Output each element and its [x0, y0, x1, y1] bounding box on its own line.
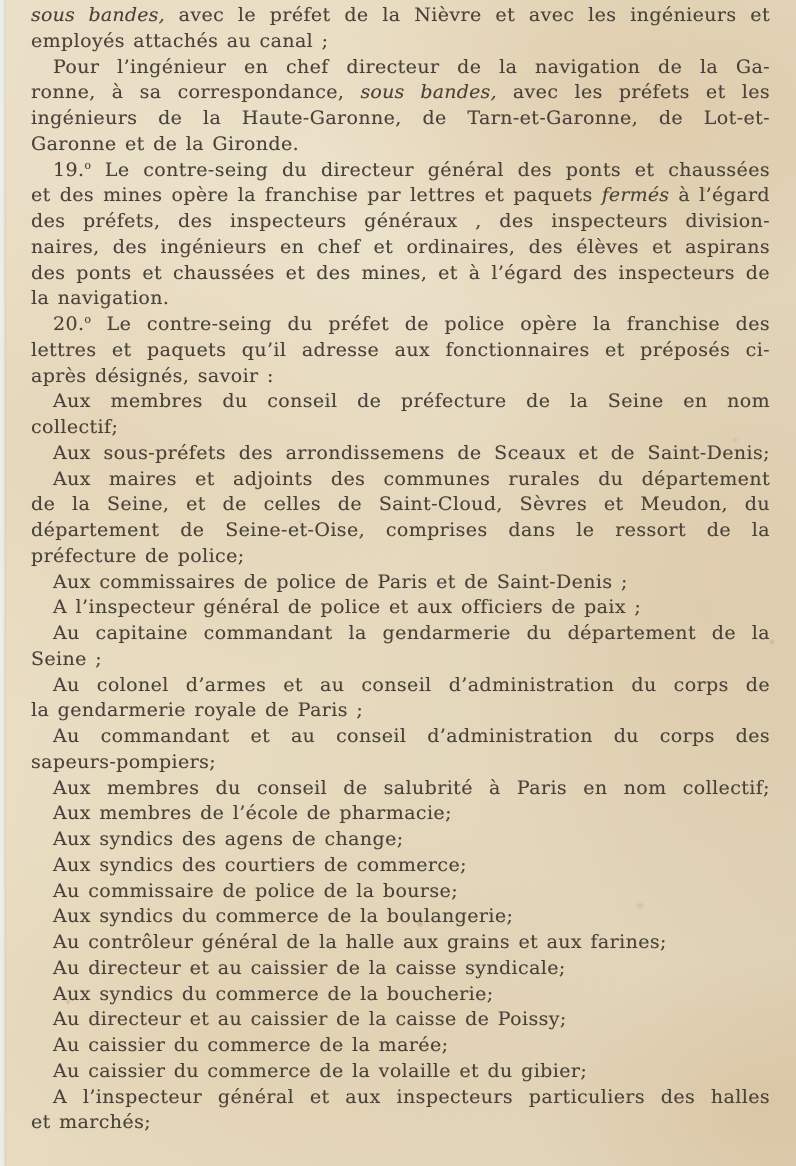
text-segment: la gendarmerie royale de Paris ;	[31, 699, 363, 721]
text-segment: Garonne et de la Gironde.	[31, 133, 299, 155]
text-line: Aux sous-préfets des arrondissemens de S…	[31, 441, 770, 467]
text-line: Seine ;	[31, 647, 770, 673]
text-segment: Aux membres du conseil de préfecture de …	[53, 390, 770, 412]
text-segment: à l’égard	[669, 184, 770, 206]
text-segment: et des mines opère la franchise par lett…	[31, 184, 602, 206]
text-line: naires, des ingénieurs en chef et ordina…	[31, 235, 770, 261]
text-segment: Au directeur et au caissier de la caisse…	[53, 1008, 567, 1030]
text-segment: Seine ;	[31, 648, 102, 670]
text-segment: ronne, à sa correspondance,	[31, 81, 360, 103]
text-segment: des préfets, des inspecteurs généraux , …	[31, 210, 770, 232]
text-segment: sapeurs-pompiers;	[31, 751, 216, 773]
text-line: employés attachés au canal ;	[31, 29, 770, 55]
text-line: préfecture de police;	[31, 544, 770, 570]
text-segment: Au directeur et au caissier de la caisse…	[53, 957, 566, 979]
text-segment: Aux syndics du commerce de la boucherie;	[53, 983, 494, 1005]
text-segment: ingénieurs de la Haute-Garonne, de Tarn-…	[31, 107, 770, 129]
text-segment: A l’inspecteur général de police et aux …	[53, 596, 641, 618]
text-line: Au directeur et au caissier de la caisse…	[31, 1007, 770, 1033]
text-line: et des mines opère la franchise par lett…	[31, 183, 770, 209]
text-line: lettres et paquets qu’il adresse aux fon…	[31, 338, 770, 364]
text-segment: Au commissaire de police de la bourse;	[53, 880, 458, 902]
text-segment: Aux membres de l’école de pharmacie;	[53, 802, 452, 824]
text-segment: préfecture de police;	[31, 545, 245, 567]
text-segment: 20.	[53, 313, 84, 335]
text-line: Aux membres du conseil de salubrité à Pa…	[31, 776, 770, 802]
text-segment: collectif;	[31, 416, 118, 438]
text-line: Aux syndics des courtiers de commerce;	[31, 853, 770, 879]
text-line: Aux syndics du commerce de la boucherie;	[31, 982, 770, 1008]
text-line: collectif;	[31, 415, 770, 441]
text-segment: avec le préfet de la Nièvre et avec les …	[165, 4, 770, 26]
italic-text: fermés	[602, 184, 670, 206]
text-line: des préfets, des inspecteurs généraux , …	[31, 209, 770, 235]
text-segment: la navigation.	[31, 287, 169, 309]
text-segment: Aux sous-préfets des arrondissemens de S…	[53, 442, 770, 464]
text-line: Pour l’ingénieur en chef directeur de la…	[31, 55, 770, 81]
italic-text: sous bandes,	[360, 81, 496, 103]
text-segment: après désignés, savoir :	[31, 365, 274, 387]
text-segment: lettres et paquets qu’il adresse aux fon…	[31, 339, 770, 361]
text-line: A l’inspecteur général et aux inspecteur…	[31, 1085, 770, 1111]
text-line: Au commandant et au conseil d’administra…	[31, 724, 770, 750]
text-line: Au colonel d’armes et au conseil d’admin…	[31, 673, 770, 699]
text-line: Au directeur et au caissier de la caisse…	[31, 956, 770, 982]
text-line: Aux membres du conseil de préfecture de …	[31, 389, 770, 415]
text-line: Au caissier du commerce de la volaille e…	[31, 1059, 770, 1085]
text-line: des ponts et chaussées et des mines, et …	[31, 261, 770, 287]
text-line: sous bandes, avec le préfet de la Nièvre…	[31, 3, 770, 29]
text-segment: de la Seine, et de celles de Saint-Cloud…	[31, 493, 770, 515]
text-line: Au contrôleur général de la halle aux gr…	[31, 930, 770, 956]
text-segment: Aux maires et adjoints des communes rura…	[53, 468, 770, 490]
text-line: et marchés;	[31, 1110, 770, 1136]
text-segment: 19.	[53, 159, 84, 181]
text-segment: Le contre-seing du préfet de police opèr…	[91, 313, 770, 335]
text-segment: Aux syndics du commerce de la boulangeri…	[53, 905, 513, 927]
text-segment: avec les préfets et les	[497, 81, 770, 103]
text-segment: Le contre-seing du directeur général des…	[91, 159, 770, 181]
text-line: Aux membres de l’école de pharmacie;	[31, 801, 770, 827]
text-line: la gendarmerie royale de Paris ;	[31, 698, 770, 724]
text-line: Au caissier du commerce de la marée;	[31, 1033, 770, 1059]
text-segment: Au capitaine commandant la gendarmerie d…	[53, 622, 770, 644]
text-line: 19.o Le contre-seing du directeur généra…	[31, 158, 770, 184]
text-line: Garonne et de la Gironde.	[31, 132, 770, 158]
text-line: Aux commissaires de police de Paris et d…	[31, 570, 770, 596]
text-segment: département de Seine-et-Oise, comprises …	[31, 519, 770, 541]
text-line: A l’inspecteur général de police et aux …	[31, 595, 770, 621]
text-line: après désignés, savoir :	[31, 364, 770, 390]
text-segment: Au contrôleur général de la halle aux gr…	[53, 931, 667, 953]
text-line: Au capitaine commandant la gendarmerie d…	[31, 621, 770, 647]
text-segment: Aux syndics des courtiers de commerce;	[53, 854, 467, 876]
text-line: de la Seine, et de celles de Saint-Cloud…	[31, 492, 770, 518]
text-segment: Au commandant et au conseil d’administra…	[53, 725, 770, 747]
text-line: Aux maires et adjoints des communes rura…	[31, 467, 770, 493]
text-segment: Au caissier du commerce de la marée;	[53, 1034, 448, 1056]
text-segment: Au caissier du commerce de la volaille e…	[53, 1060, 587, 1082]
text-segment: Au colonel d’armes et au conseil d’admin…	[53, 674, 770, 696]
text-segment: des ponts et chaussées et des mines, et …	[31, 262, 770, 284]
text-segment: et marchés;	[31, 1111, 151, 1133]
text-segment: Pour l’ingénieur en chef directeur de la…	[53, 56, 770, 78]
italic-text: sous bandes,	[31, 4, 165, 26]
text-segment: Aux commissaires de police de Paris et d…	[53, 571, 628, 593]
scan-edge-strip	[0, 0, 6, 1166]
text-segment: employés attachés au canal ;	[31, 30, 328, 52]
text-line: sapeurs-pompiers;	[31, 750, 770, 776]
text-segment: A l’inspecteur général et aux inspecteur…	[53, 1086, 770, 1108]
text-segment: Aux syndics des agens de change;	[53, 828, 404, 850]
text-line: ingénieurs de la Haute-Garonne, de Tarn-…	[31, 106, 770, 132]
text-line: Au commissaire de police de la bourse;	[31, 879, 770, 905]
text-line: la navigation.	[31, 286, 770, 312]
text-line: 20.o Le contre-seing du préfet de police…	[31, 312, 770, 338]
text-line: Aux syndics des agens de change;	[31, 827, 770, 853]
text-segment: Aux membres du conseil de salubrité à Pa…	[53, 777, 770, 799]
scanned-document-page: sous bandes, avec le préfet de la Nièvre…	[0, 0, 796, 1166]
text-line: département de Seine-et-Oise, comprises …	[31, 518, 770, 544]
text-line: ronne, à sa correspondance, sous bandes,…	[31, 80, 770, 106]
text-line: Aux syndics du commerce de la boulangeri…	[31, 904, 770, 930]
text-segment: naires, des ingénieurs en chef et ordina…	[31, 236, 770, 258]
page-text: sous bandes, avec le préfet de la Nièvre…	[31, 3, 770, 1136]
